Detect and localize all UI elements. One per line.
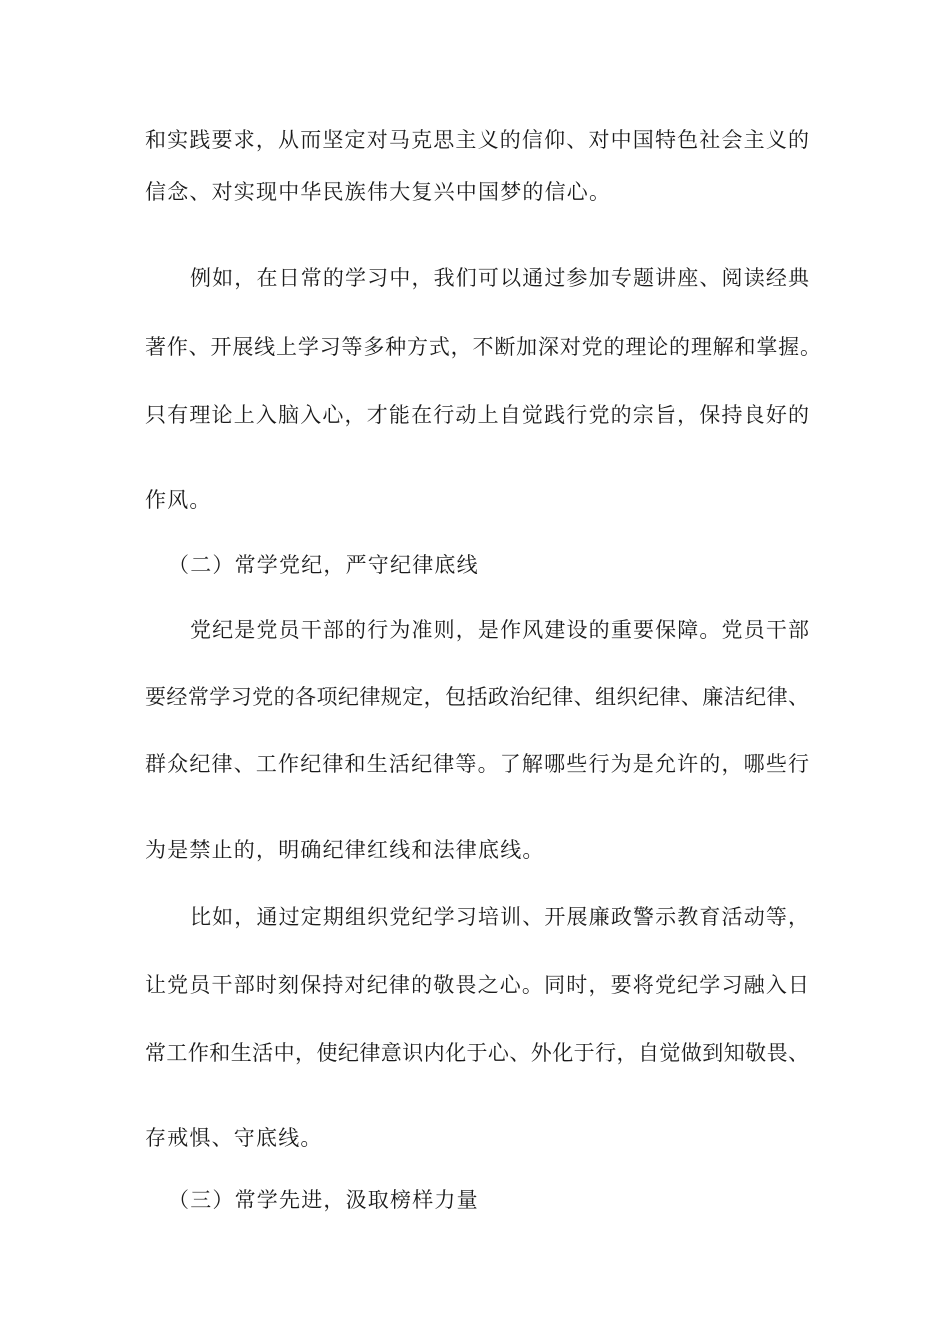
- paragraph-line: 比如，通过定期组织党纪学习培训、开展廉政警示教育活动等，: [190, 903, 809, 931]
- paragraph-line: 信念、对实现中华民族伟大复兴中国梦的信心。: [145, 178, 611, 206]
- paragraph-line: 例如，在日常的学习中，我们可以通过参加专题讲座、阅读经典: [190, 264, 809, 292]
- paragraph-line: 为是禁止的，明确纪律红线和法律底线。: [145, 836, 545, 864]
- document-page: 和实践要求，从而坚定对马克思主义的信仰、对中国特色社会主义的 信念、对实现中华民…: [0, 0, 950, 1344]
- section-heading: （二）常学党纪，严守纪律底线: [168, 551, 479, 579]
- paragraph-line: 群众纪律、工作纪律和生活纪律等。了解哪些行为是允许的，哪些行: [145, 750, 809, 778]
- paragraph-line: 党纪是党员干部的行为准则，是作风建设的重要保障。党员干部: [190, 616, 809, 644]
- paragraph-line: 存戒惧、守底线。: [145, 1124, 323, 1152]
- paragraph-line: 让党员干部时刻保持对纪律的敬畏之心。同时，要将党纪学习融入日: [145, 971, 809, 999]
- paragraph-line: 要经常学习党的各项纪律规定，包括政治纪律、组织纪律、廉洁纪律、: [145, 683, 809, 711]
- section-heading: （三）常学先进，汲取榜样力量: [168, 1186, 479, 1214]
- paragraph-line: 著作、开展线上学习等多种方式，不断加深对党的理论的理解和掌握。: [145, 333, 821, 361]
- paragraph-line: 作风。: [145, 486, 212, 514]
- paragraph-line: 和实践要求，从而坚定对马克思主义的信仰、对中国特色社会主义的: [145, 126, 809, 154]
- paragraph-line: 只有理论上入脑入心，才能在行动上自觉践行党的宗旨，保持良好的: [145, 401, 809, 429]
- paragraph-line: 常工作和生活中，使纪律意识内化于心、外化于行，自觉做到知敬畏、: [145, 1039, 809, 1067]
